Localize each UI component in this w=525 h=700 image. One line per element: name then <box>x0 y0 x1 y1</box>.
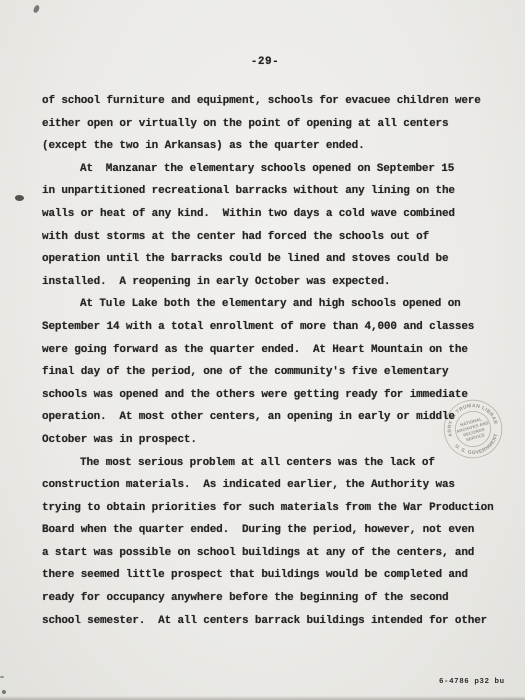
scanned-document-page: -29- of school furniture and equipment, … <box>0 0 525 700</box>
ink-smudge-mark <box>2 690 6 694</box>
text-line: walls or heat of any kind. Within two da… <box>42 203 502 226</box>
text-line: (except the two in Arkansas) as the quar… <box>42 135 502 158</box>
document-footer-code: 6-4786 p32 bu <box>439 678 505 686</box>
text-line: final day of the period, one of the comm… <box>42 361 502 384</box>
text-line: a start was possible on school buildings… <box>42 542 502 565</box>
page-number: -29- <box>42 56 488 68</box>
text-line: September 14 with a total enrollment of … <box>42 316 502 339</box>
text-line: were going forward as the quarter ended.… <box>42 339 502 362</box>
text-line: with dust storms at the center had force… <box>42 226 502 249</box>
body-text: of school furniture and equipment, schoo… <box>42 90 502 632</box>
scan-bottom-edge-shadow <box>0 696 525 700</box>
ink-smudge-mark <box>32 4 40 13</box>
text-line: ready for occupancy anywhere before the … <box>42 587 502 610</box>
text-line: At Manzanar the elementary schools opene… <box>42 158 502 181</box>
text-line: operation until the barracks could be li… <box>42 248 502 271</box>
text-line: in unpartitioned recreational barracks w… <box>42 180 502 203</box>
text-line: October was in prospect. <box>42 429 502 452</box>
ink-smudge-mark <box>15 195 24 201</box>
text-line: there seemed little prospect that buildi… <box>42 564 502 587</box>
text-line: installed. A reopening in early October … <box>42 271 502 294</box>
text-line: school semester. At all centers barrack … <box>42 610 502 633</box>
text-line: The most serious problem at all centers … <box>42 452 502 475</box>
text-line: of school furniture and equipment, schoo… <box>42 90 502 113</box>
ink-smudge-mark <box>0 676 4 678</box>
text-line: schools was opened and the others were g… <box>42 384 502 407</box>
text-line: operation. At most other centers, an ope… <box>42 406 502 429</box>
text-line: Board when the quarter ended. During the… <box>42 519 502 542</box>
text-line: At Tule Lake both the elementary and hig… <box>42 293 502 316</box>
text-line: either open or virtually on the point of… <box>42 113 502 136</box>
text-line: construction materials. As indicated ear… <box>42 474 502 497</box>
text-line: trying to obtain priorities for such mat… <box>42 497 502 520</box>
